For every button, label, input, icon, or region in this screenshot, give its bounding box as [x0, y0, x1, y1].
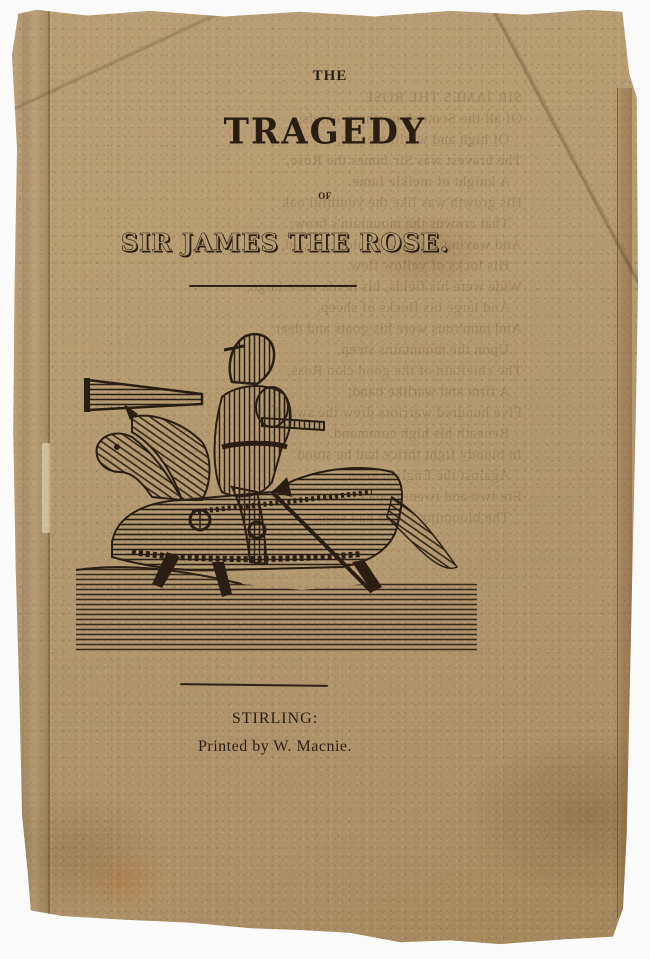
title-name-word: SIR — [121, 228, 173, 257]
title-name-word: ROSE. — [359, 228, 449, 257]
title-the: THE — [0, 68, 650, 85]
title-of: OF — [0, 191, 650, 201]
title-subject-name: SIR JAMES THE ROSE. — [60, 228, 510, 257]
spine-repair-tape — [42, 443, 50, 533]
imprint-printer: Printed by W. Macnie. — [120, 738, 430, 756]
imprint-place: STIRLING: — [150, 710, 400, 728]
title-main: TRAGEDY — [0, 111, 650, 153]
divider-rule-top — [189, 285, 357, 287]
title-name-word: THE — [288, 228, 350, 257]
knight-on-horse-woodcut-icon — [72, 322, 482, 654]
title-name-word: JAMES — [182, 228, 279, 257]
page-edge-right — [617, 88, 632, 918]
